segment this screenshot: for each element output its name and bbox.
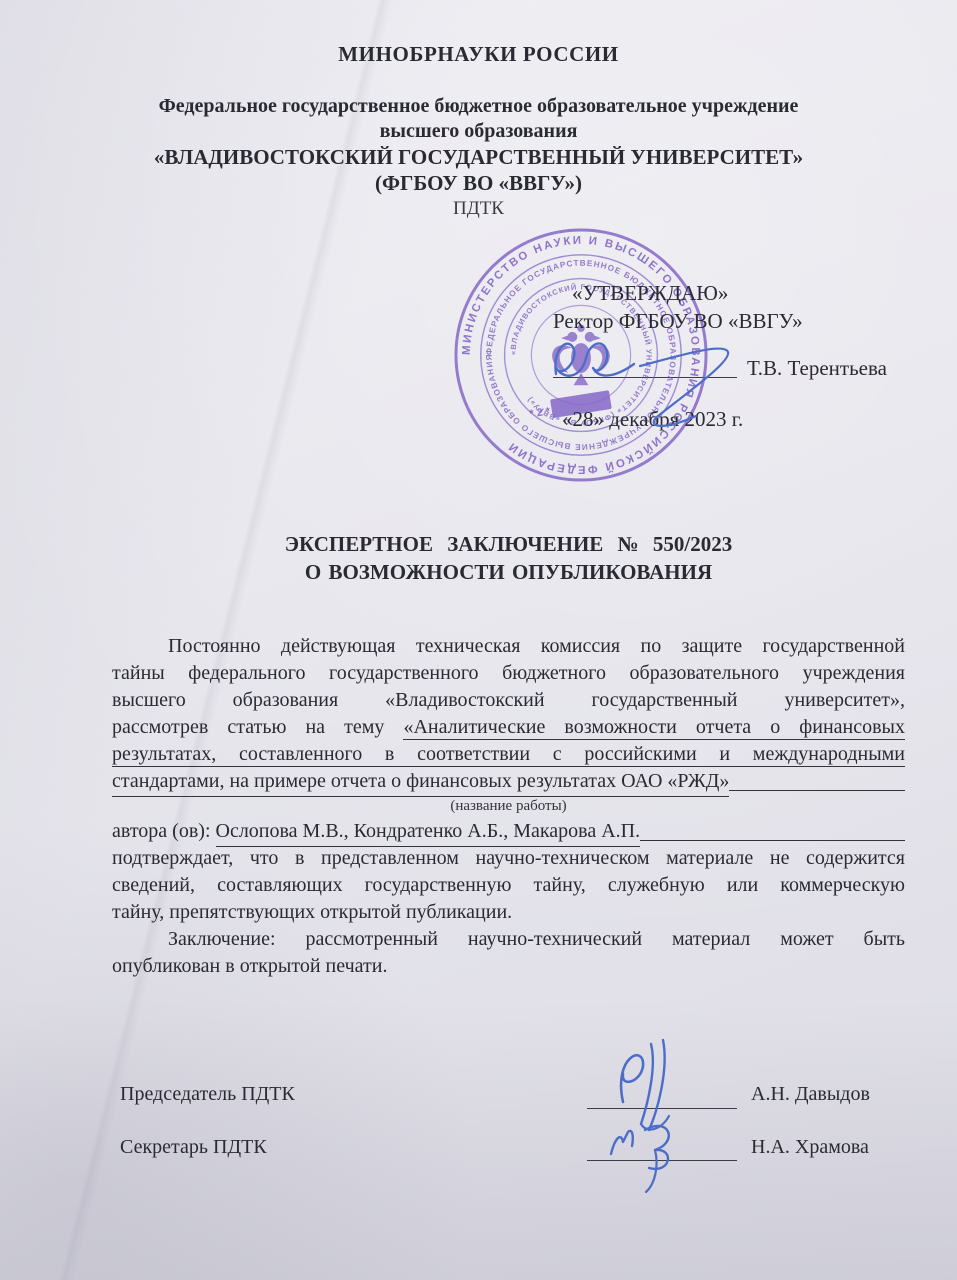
body-line: высшего образования «Владивостокский гос… xyxy=(112,687,905,714)
work-title-underlined: стандартами, на примере отчета о финансо… xyxy=(112,768,729,797)
body-line: Постоянно действующая техническая комисс… xyxy=(112,633,905,660)
document-page: МИНОБРНАУКИ РОССИИ Федеральное государст… xyxy=(0,0,957,1280)
document-title-line-1: ЭКСПЕРТНОЕ ЗАКЛЮЧЕНИЕ № 550/2023 xyxy=(100,532,917,557)
underline-filler xyxy=(729,790,905,791)
underline-filler xyxy=(640,840,905,841)
body-line: автора (ов): Ослопова М.В., Кондратенко … xyxy=(112,818,905,845)
rector-title: Ректор ФГБОУ ВО «ВВГУ» xyxy=(553,309,803,334)
authors-underlined: Ослопова М.В., Кондратенко А.Б., Макаров… xyxy=(216,818,641,847)
work-title-underlined: результатах, составленного в соответстви… xyxy=(112,743,905,767)
body-line: стандартами, на примере отчета о финансо… xyxy=(112,768,905,795)
body-line: результатах, составленного в соответстви… xyxy=(112,741,905,768)
committee-abbreviation: ПДТК xyxy=(0,198,957,220)
ministry-name: МИНОБРНАУКИ РОССИИ xyxy=(0,42,957,67)
institution-line-1: Федеральное государственное бюджетное об… xyxy=(0,95,957,118)
university-seal-stamp-icon: МИНИСТЕРСТВО НАУКИ И ВЫСШЕГО ОБРАЗОВАНИЯ… xyxy=(452,226,710,484)
university-name: «ВЛАДИВОСТОКСКИЙ ГОСУДАРСТВЕННЫЙ УНИВЕРС… xyxy=(0,145,957,170)
approval-date: «28» декабря 2023 г. xyxy=(562,407,743,432)
body-line: Заключение: рассмотренный научно-техниче… xyxy=(112,926,905,953)
body-line: сведений, составляющих государственную т… xyxy=(112,872,905,899)
approve-label: «УТВЕРЖДАЮ» xyxy=(572,281,728,306)
secretary-role-label: Секретарь ПДТК xyxy=(120,1136,267,1159)
chairman-signature-line xyxy=(587,1108,737,1109)
work-title-caption: (название работы) xyxy=(112,795,905,818)
body-line: рассмотрев статью на тему «Аналитические… xyxy=(112,714,905,741)
work-title-underlined: «Аналитические возможности отчета о фина… xyxy=(403,716,905,740)
body-line: опубликован в открытой печати. xyxy=(112,953,905,980)
body-paragraph: Постоянно действующая техническая комисс… xyxy=(112,633,905,980)
secretary-signature-line xyxy=(587,1160,737,1161)
document-title-line-2: О ВОЗМОЖНОСТИ ОПУБЛИКОВАНИЯ xyxy=(100,560,917,585)
body-text: рассмотрев статью на тему xyxy=(112,716,403,738)
institution-line-2: высшего образования xyxy=(0,120,957,143)
authors-label: автора (ов): xyxy=(112,818,216,845)
body-line: тайны федерального государственного бюдж… xyxy=(112,660,905,687)
chairman-role-label: Председатель ПДТК xyxy=(120,1083,295,1106)
chairman-name: А.Н. Давыдов xyxy=(751,1083,870,1106)
rector-name: Т.В. Терентьева xyxy=(747,356,887,381)
signatures-ink xyxy=(583,1032,753,1197)
body-line: тайну, препятствующих открытой публикаци… xyxy=(112,899,905,926)
secretary-name: Н.А. Храмова xyxy=(751,1136,869,1159)
university-abbreviation: (ФГБОУ ВО «ВВГУ») xyxy=(0,171,957,196)
body-line: подтверждает, что в представленном научн… xyxy=(112,845,905,872)
